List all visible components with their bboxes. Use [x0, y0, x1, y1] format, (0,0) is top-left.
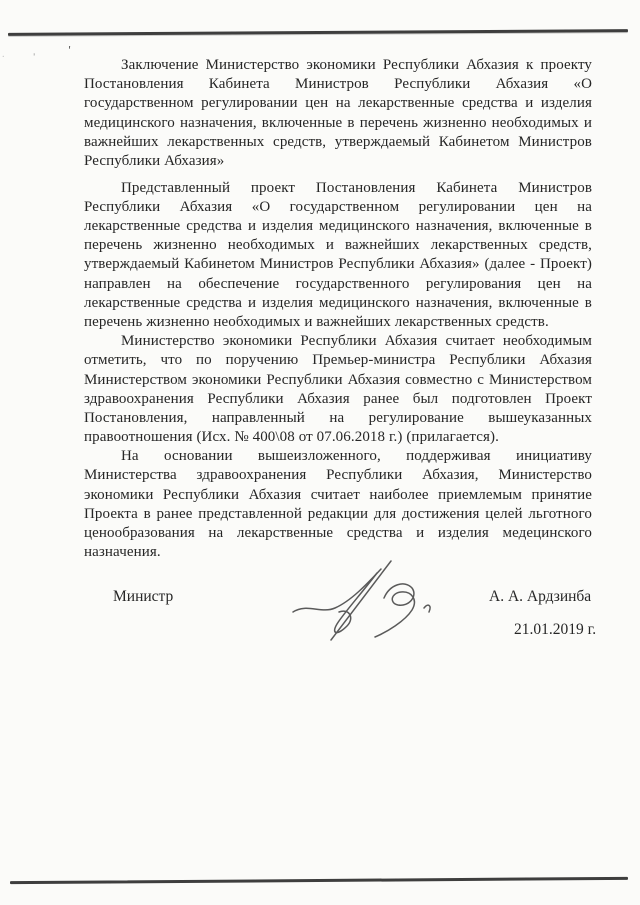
scan-artifact: . [2, 50, 5, 60]
text-line: экономики Республики Абхазия считает наи… [84, 486, 592, 505]
top-rule [8, 29, 628, 36]
text-line: лекарственные средства и изделия медицин… [84, 294, 592, 313]
text-line: Постановления Кабинета Министров Республ… [84, 75, 592, 94]
text-line: важнейших лекарственных средств, утвержд… [84, 133, 592, 152]
signature-title: Министр [113, 588, 173, 606]
text-line: лекарственные средства и изделия медицин… [84, 217, 592, 236]
text-line: Проекта в ранее представленной редакции … [84, 505, 592, 524]
text-line: отметить, что по поручению Премьер-минис… [84, 351, 592, 370]
signature-name: А. А. Ардзинба [489, 588, 591, 606]
text-line: Постановления, направленный на регулиров… [84, 409, 592, 428]
scan-artifact: ' [67, 44, 71, 56]
text-line: Представленный проект Постановления Каби… [84, 179, 592, 198]
signature-date: 21.01.2019 г. [514, 621, 596, 639]
text-line: здравоохранения Республики Абхазия ранее… [84, 390, 592, 409]
paragraph: Министерство экономики Республики Абхази… [84, 332, 592, 447]
text-line: медицинского назначения, включенные в пе… [84, 114, 592, 133]
paragraph: На основании вышеизложенного, поддержива… [84, 447, 592, 562]
text-line: Министерством экономики Республики Абхаз… [84, 371, 592, 390]
text-line: правоотношения (Исх. № 400\08 от 07.06.2… [84, 428, 592, 447]
text-line: Республики Абхазия «О государственном ре… [84, 198, 592, 217]
text-line: перечень жизненно необходимых и важнейши… [84, 236, 592, 255]
text-line: государственном регулировании цен на лек… [84, 94, 592, 113]
paragraph: Заключение Министерство экономики Респуб… [84, 56, 592, 171]
text-line: На основании вышеизложенного, поддержива… [84, 447, 592, 466]
text-line: ценообразования на лекарственные средств… [84, 524, 592, 543]
scan-artifact: ' [33, 53, 36, 63]
bottom-rule [10, 877, 628, 884]
text-line: перечень жизненно необходимых и важнейши… [84, 313, 592, 332]
text-line: Республики Абхазия» [84, 152, 592, 171]
text-line: Министерства здравоохранения Республики … [84, 466, 592, 485]
signature-autograph-icon [291, 556, 443, 648]
text-line: Министерство экономики Республики Абхази… [84, 332, 592, 351]
text-line: Заключение Министерство экономики Респуб… [84, 56, 592, 75]
text-line: утверждаемый Кабинетом Министров Республ… [84, 255, 592, 274]
paragraph: Представленный проект Постановления Каби… [84, 179, 592, 333]
document-page: ' ' . Заключение Министерство экономики … [0, 0, 640, 905]
text-line: направлен на обеспечение государственног… [84, 275, 592, 294]
document-body: Заключение Министерство экономики Респуб… [84, 52, 592, 562]
